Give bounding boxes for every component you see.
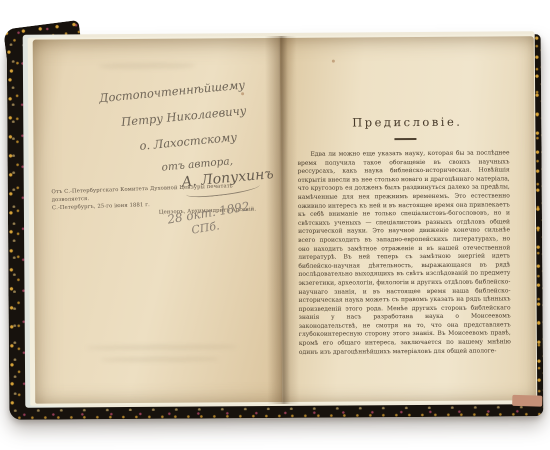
left-page-flyleaf: Достопочтеннѣйшему Петру Николаевичу о. …: [33, 38, 283, 404]
heading-divider-rule: [394, 138, 416, 140]
foxing-spot: [332, 60, 335, 63]
preface-body-text: Едва ли можно еще указать науку, которая…: [298, 149, 512, 372]
book-photograph: Достопочтеннѣйшему Петру Николаевичу о. …: [0, 0, 550, 450]
foxing-spot: [241, 92, 244, 95]
show-through-smudge: [101, 356, 219, 362]
inscription-line-1: Достопочтеннѣйшему: [98, 77, 245, 105]
open-book: Достопочтеннѣйшему Петру Николаевичу о. …: [7, 22, 544, 420]
fore-edge-pages: [512, 395, 542, 407]
inscription-line-3: о. Лахостскому: [139, 130, 238, 153]
right-page-preface: Предисловіе. Едва ли можно еще указать н…: [280, 36, 537, 402]
inscription-line-2: Петру Николаевичу: [121, 103, 247, 129]
show-through-smudge: [87, 344, 237, 350]
show-through-smudge: [99, 63, 195, 70]
preface-heading: Предисловіе.: [280, 114, 534, 130]
